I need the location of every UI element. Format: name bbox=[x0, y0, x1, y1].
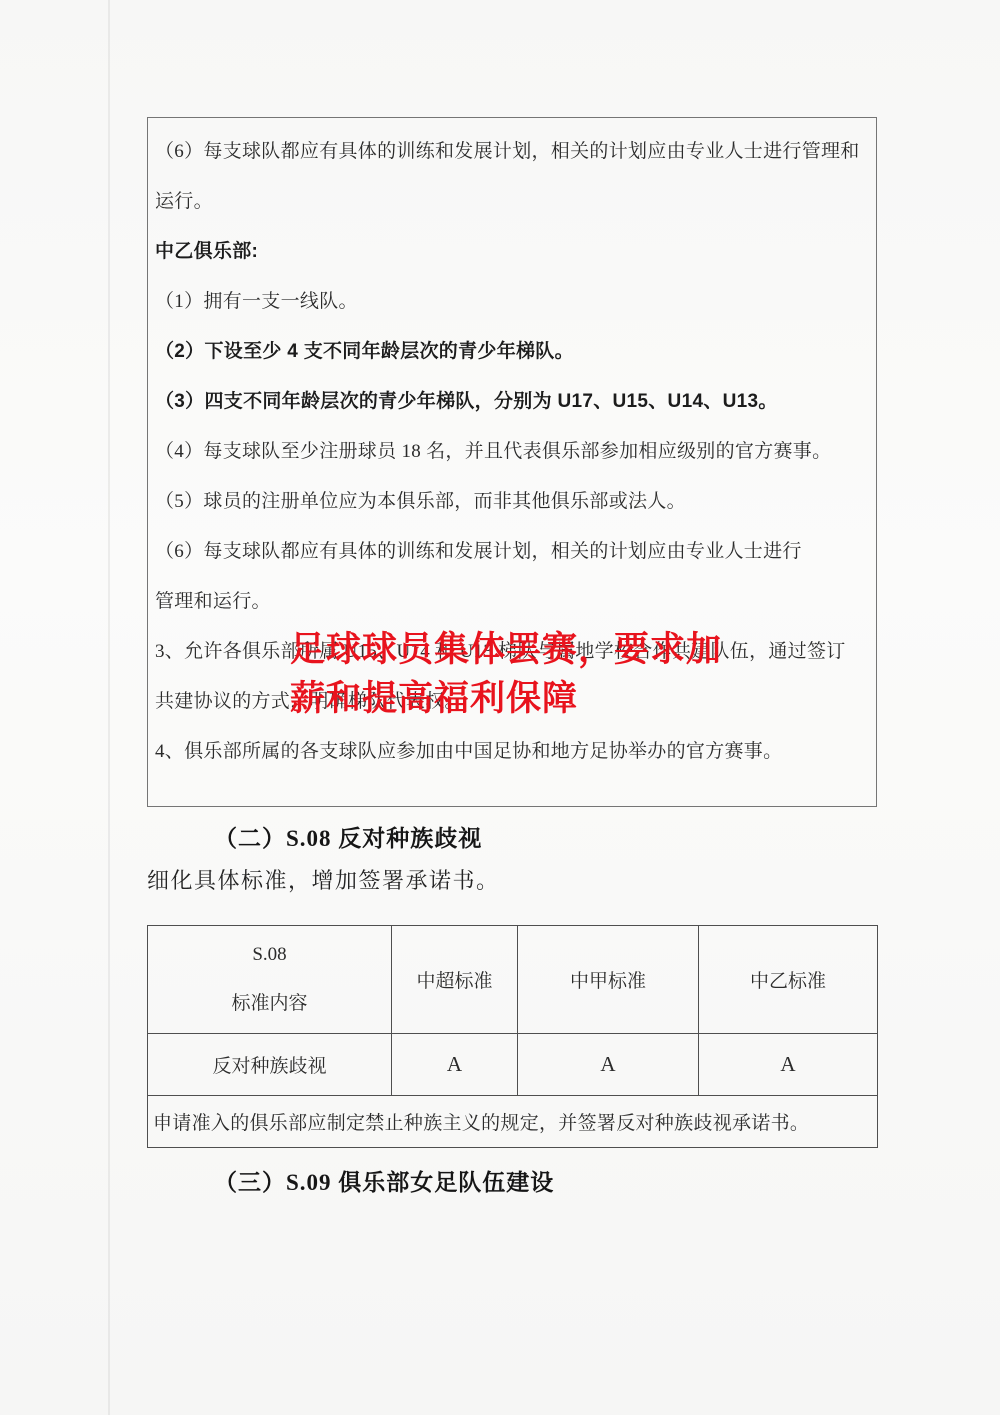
clause-line: 管理和运行。 bbox=[155, 574, 869, 624]
overlay-headline: 足球球员集体罢赛，要求加 薪和提高福利保障 bbox=[290, 625, 722, 723]
clause-line: （6）每支球队都应有具体的训练和发展计划，相关的计划应由专业人士进行管理和 bbox=[155, 124, 869, 174]
overlay-headline-line1: 足球球员集体罢赛，要求加 bbox=[290, 625, 722, 674]
header-cell-standard-content: S.08 标准内容 bbox=[148, 926, 392, 1034]
scan-edge-artifact bbox=[108, 0, 110, 1415]
clause-line: 4、俱乐部所属的各支球队应参加由中国足协和地方足协举办的官方赛事。 bbox=[155, 724, 869, 774]
clause-line: 运行。 bbox=[155, 174, 869, 224]
standard-content-label: 标准内容 bbox=[231, 988, 307, 1015]
header-cell-csl: 中超标准 bbox=[392, 926, 518, 1034]
table-header-row: S.08 标准内容 中超标准 中甲标准 中乙标准 bbox=[148, 926, 878, 1034]
section-s09-heading: （三）S.09 俱乐部女足队伍建设 bbox=[214, 1164, 554, 1197]
clause-line: （4）每支球队至少注册球员 18 名，并且代表俱乐部参加相应级别的官方赛事。 bbox=[155, 424, 869, 474]
scanned-document-page: （6）每支球队都应有具体的训练和发展计划，相关的计划应由专业人士进行管理和 运行… bbox=[0, 0, 1000, 1415]
clause-line: （1）拥有一支一线队。 bbox=[155, 274, 869, 324]
grade-league-two: A bbox=[699, 1034, 878, 1096]
clause-line: （5）球员的注册单位应为本俱乐部，而非其他俱乐部或法人。 bbox=[155, 474, 869, 524]
section-s08-detail: 细化具体标准，增加签署承诺书。 bbox=[147, 864, 500, 895]
grade-league-one: A bbox=[518, 1034, 699, 1096]
standards-table: S.08 标准内容 中超标准 中甲标准 中乙标准 反对种族歧视 A A A 申请… bbox=[147, 925, 878, 1148]
overlay-headline-line2: 薪和提高福利保障 bbox=[290, 674, 722, 723]
grade-csl: A bbox=[392, 1034, 518, 1096]
header-cell-league-two: 中乙标准 bbox=[699, 926, 878, 1034]
standard-code: S.08 bbox=[252, 944, 286, 966]
clause-line: （3）四支不同年龄层次的青少年梯队，分别为 U17、U15、U14、U13。 bbox=[155, 374, 869, 424]
section-s08-heading: （二）S.08 反对种族歧视 bbox=[214, 820, 482, 853]
clause-subheading: 中乙俱乐部: bbox=[155, 224, 869, 274]
table-note: 申请准入的俱乐部应制定禁止种族主义的规定，并签署反对种族歧视承诺书。 bbox=[148, 1096, 878, 1148]
row-label-anti-racism: 反对种族歧视 bbox=[148, 1034, 392, 1096]
clause-line: （6）每支球队都应有具体的训练和发展计划，相关的计划应由专业人士进行 bbox=[155, 524, 869, 574]
header-stack: S.08 标准内容 bbox=[148, 934, 391, 1026]
clause-line: （2）下设至少 4 支不同年龄层次的青少年梯队。 bbox=[155, 324, 869, 374]
table-note-row: 申请准入的俱乐部应制定禁止种族主义的规定，并签署反对种族歧视承诺书。 bbox=[148, 1096, 878, 1148]
table-row-anti-racism: 反对种族歧视 A A A bbox=[148, 1034, 878, 1096]
header-cell-league-one: 中甲标准 bbox=[518, 926, 699, 1034]
